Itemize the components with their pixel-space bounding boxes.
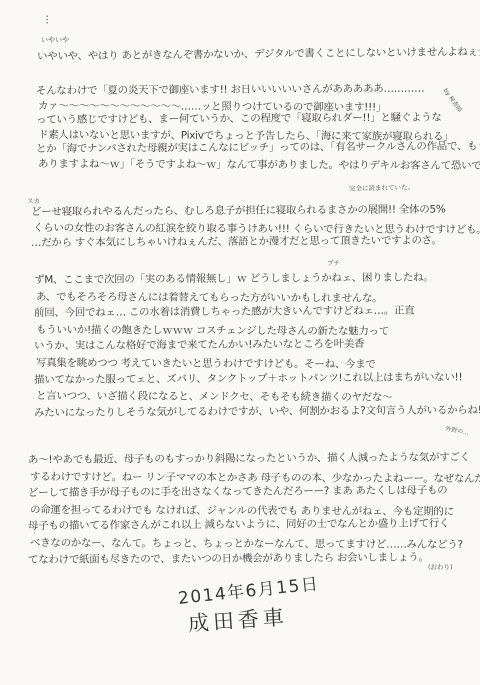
handwritten-line: てなわけで紙面も尽きたので、またいつの日か機会がありましたら お会いしましょう。 xyxy=(28,549,480,569)
ending-note: (おわり) xyxy=(428,562,453,571)
handwritten-line: どーして描き手が母子ものに手を出さなくなってきたんだろーー? まあ あたくしは母… xyxy=(28,482,480,502)
handwritten-line: ずM、ここまで次回の「実のある情報無し」ｗ どうしましょうかねェ、困りましたね。 xyxy=(34,269,480,288)
handwritten-line: そんなわけで「夏の炎天下で御座います!! お日いいいいいさんがあああああ………… xyxy=(36,81,480,99)
paragraph-netorare: どーせ寝取られやるんだったら、むしろ息子が担任に寝取られるまさかの展開!! 全体… xyxy=(31,205,480,252)
opening-dots: … xyxy=(44,15,55,25)
handwritten-line: どーせ寝取られやるんだったら、むしろ息子が担任に寝取られるまさかの展開!! 全体… xyxy=(31,202,480,220)
handwritten-line: 前回、今回でねェ… この水着は消費しちゃった感が大きいんですけどねェ…。正直 xyxy=(34,302,480,321)
handwritten-line: みたいになったりしそうな気がしてるわけですが、いや、何割かおるよ?文句言う人がい… xyxy=(34,402,480,421)
signature: 成田香車 xyxy=(187,601,289,638)
handwritten-line: とか「海でナンパされた母親が実はこんなにビッチ」ってのは、「有名サークルさんの作… xyxy=(36,139,480,157)
paragraph-sun: そんなわけで「夏の炎天下で御座います!! お日いいいいいさんがあああああ…………… xyxy=(36,84,480,172)
paragraph-boshi: あ～!やあでも最近、母子ものもすっかり斜陽になったというか、描く人減ったような気… xyxy=(28,452,480,568)
handwritten-line: あ～!やあでも最近、母子ものもすっかり斜陽になったというか、描く人減ったような気… xyxy=(28,449,480,469)
aside-note: 完全に読まれていた。 xyxy=(349,182,414,192)
handwritten-line: いやいや、やはり あとがきなんぞ書かないか、デジタルで書くことにしないといけませ… xyxy=(37,43,480,63)
annotation-petit: プチ xyxy=(327,258,340,267)
paragraph-costume: ずM、ここまで次回の「実のある情報無し」ｗ どうしましょうかねェ、困りましたね。… xyxy=(34,272,480,421)
opening-furigana: いやいや xyxy=(41,35,69,45)
handwritten-line: ありますよね～ｗ」「そうですよね～ｗ」なんて事がありました。やはりデキルお客さん… xyxy=(38,157,480,174)
handwritten-line: っていう感じですけども、まー何ていうか、この程度で「寝取られダー!!」と騒ぐよう… xyxy=(36,110,480,128)
handwritten-afterword-page: … いやいや いやいや、やはり あとがきなんぞ書かないか、デジタルで書くことにし… xyxy=(0,0,480,685)
opening-block: いやいや、やはり あとがきなんぞ書かないか、デジタルで書くことにしないといけませ… xyxy=(37,46,480,61)
handwritten-line: 母子もの描いてる作家さんがこれ以上 減らないように、同好の士でなんとか盛り上げて… xyxy=(28,515,480,535)
annotation-suka: スカ xyxy=(27,196,40,205)
handwritten-line: 描いてなかった服ってェと、ズバリ、タンクトップ＋ホットパンツ!これ以上はまちがい… xyxy=(34,369,480,388)
handwritten-line: いうか、実はこんな格好で海まで来てたんかい!みたいなところを叶美香 xyxy=(34,336,480,355)
margin-note-gaiya: 外野の… xyxy=(445,425,476,438)
handwritten-line: …だから すぐ本気にしちゃいけねぇんだ、落語とか漫才だと思って頂きたいですよのさ… xyxy=(31,233,480,251)
